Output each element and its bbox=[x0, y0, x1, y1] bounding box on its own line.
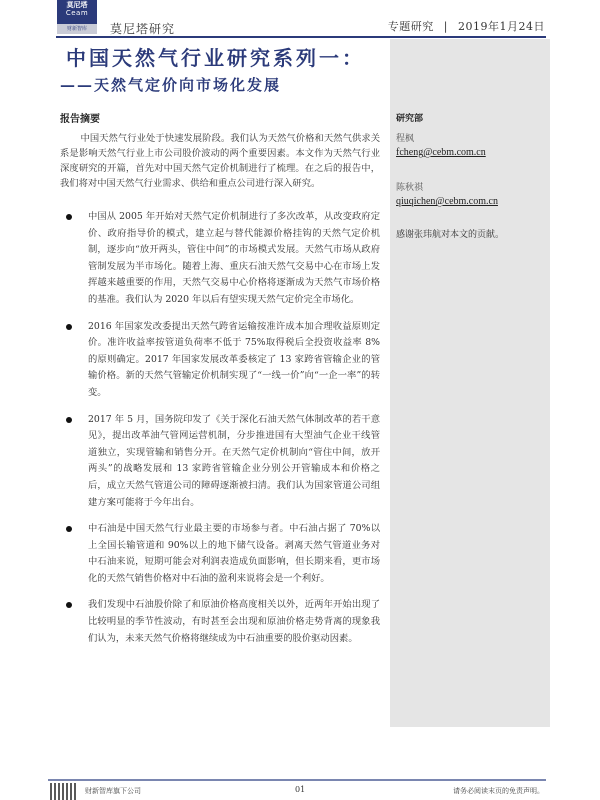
logo-mark: 莫尼塔 Ceam bbox=[57, 0, 97, 24]
logo-cn-text: 莫尼塔 bbox=[57, 1, 97, 9]
key-points-list: 中国从 2005 年开始对天然气定价机制进行了多次改革，从改变政府定价、政府指导… bbox=[60, 209, 380, 647]
acknowledgement-text: 感谢张玮航对本文的贡献。 bbox=[396, 227, 504, 240]
section-heading: 报告摘要 bbox=[60, 110, 380, 125]
page-number: 01 bbox=[295, 785, 305, 794]
analyst-email-link[interactable]: qiuqichen@cebm.com.cn bbox=[396, 196, 498, 207]
cebm-logo: 莫尼塔 Ceam 财新智库 bbox=[57, 0, 97, 34]
list-item: 2016 年国家发改委提出天然气跨省运输按准许成本加合理收益原则定价。准许收益率… bbox=[60, 319, 380, 402]
list-item: 中国从 2005 年开始对天然气定价机制进行了多次改革，从改变政府定价、政府指导… bbox=[60, 209, 380, 309]
logo-sub-text: 财新智库 bbox=[57, 24, 97, 34]
analyst-name: 程枫 bbox=[396, 131, 414, 144]
bullet-text: 2017 年 5 月，国务院印发了《关于深化石油天然气体制改革的若干意见》，提出… bbox=[88, 414, 380, 508]
list-item: 2017 年 5 月，国务院印发了《关于深化石油天然气体制改革的若干意见》，提出… bbox=[60, 412, 380, 512]
report-summary: 报告摘要 中国天然气行业处于快速发展阶段。我们认为天然气价格和天然气供求关系是影… bbox=[60, 110, 380, 657]
header-separator: | bbox=[444, 20, 448, 33]
analyst-sidebar: 研究部 程枫 fcheng@cebm.com.cn 陈秋祺 qiuqichen@… bbox=[390, 39, 550, 727]
analyst-name: 陈秋祺 bbox=[396, 180, 423, 193]
department-label: 研究部 bbox=[396, 111, 423, 124]
bullet-icon bbox=[66, 417, 72, 423]
bullet-icon bbox=[66, 526, 72, 532]
analyst-email-link[interactable]: fcheng@cebm.com.cn bbox=[396, 147, 486, 158]
bullet-text: 中石油是中国天然气行业最主要的市场参与者。中石油占据了 70%以上全国长输管道和… bbox=[88, 523, 380, 584]
list-item: 中石油是中国天然气行业最主要的市场参与者。中石油占据了 70%以上全国长输管道和… bbox=[60, 521, 380, 587]
bullet-icon bbox=[66, 324, 72, 330]
logo-en-text: Ceam bbox=[57, 9, 97, 17]
page-subtitle: ——天然气定价向市场化发展 bbox=[60, 74, 281, 95]
footer-company: 财新智库旗下公司 bbox=[85, 786, 141, 796]
list-item: 我们发现中石油股价除了和原油价格高度相关以外，近两年开始出现了比较明显的季节性波… bbox=[60, 597, 380, 647]
bullet-text: 我们发现中石油股价除了和原油价格高度相关以外，近两年开始出现了比较明显的季节性波… bbox=[88, 599, 380, 643]
footer-divider bbox=[48, 779, 546, 781]
bullet-text: 中国从 2005 年开始对天然气定价机制进行了多次改革，从改变政府定价、政府指导… bbox=[88, 211, 380, 305]
bullet-text: 2016 年国家发改委提出天然气跨省运输按准许成本加合理收益原则定价。准许收益率… bbox=[88, 321, 380, 398]
report-type: 专题研究 bbox=[388, 20, 434, 33]
brand-name: 莫尼塔研究 bbox=[110, 20, 175, 37]
page-title: 中国天然气行业研究系列一： bbox=[66, 42, 365, 71]
footer-disclaimer: 请务必阅读末页的免责声明。 bbox=[453, 786, 544, 796]
report-date: 2019年1月24日 bbox=[458, 20, 545, 33]
header-meta: 专题研究 | 2019年1月24日 bbox=[388, 18, 545, 34]
bullet-icon bbox=[66, 602, 72, 608]
bullet-icon bbox=[66, 214, 72, 220]
header-divider bbox=[56, 36, 546, 38]
abstract-paragraph: 中国天然气行业处于快速发展阶段。我们认为天然气价格和天然气供求关系是影响天然气行… bbox=[60, 131, 380, 191]
qr-code-icon bbox=[50, 783, 78, 800]
